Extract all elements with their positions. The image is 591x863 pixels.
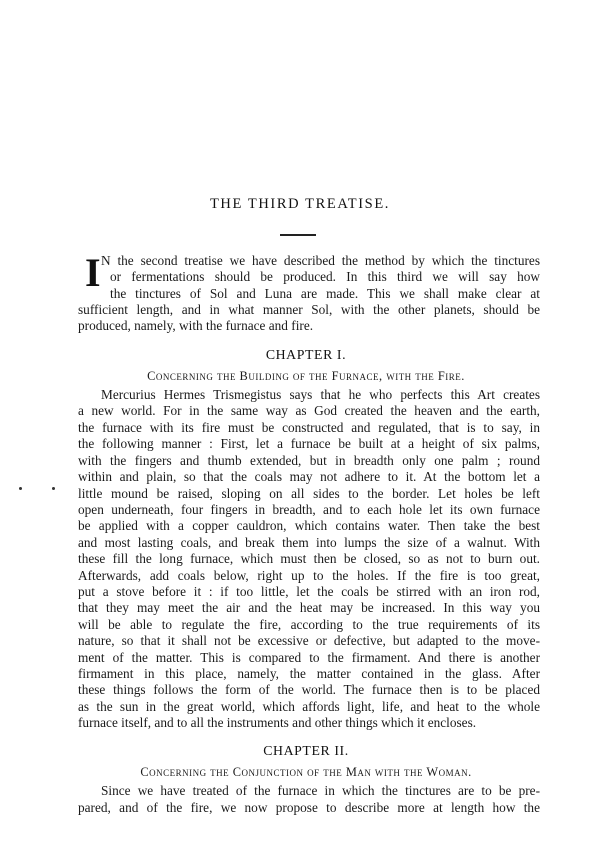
- body-line: these fill the long furnace, which must …: [78, 551, 540, 567]
- title-rule-divider: [280, 234, 316, 236]
- body-line: furnace itself, and to all the instrumen…: [78, 715, 540, 731]
- body-line: as the sun in the great world, which aff…: [78, 699, 540, 715]
- body-line: a new world. For in the same way as God …: [78, 403, 540, 419]
- treatise-title: THE THIRD TREATISE.: [0, 196, 591, 213]
- body-line: firmament in this place, namely, the mat…: [78, 666, 540, 682]
- intro-line: N the second treatise we have described …: [101, 253, 540, 269]
- chapter-2-subheading: Concerning the Conjunction of the Man wi…: [0, 765, 591, 780]
- intro-line: the tinctures of Sol and Luna are made. …: [110, 286, 540, 302]
- body-line: Mercurius Hermes Trismegistus says that …: [101, 387, 540, 403]
- body-line: within and plain, so that the coals may …: [78, 469, 540, 485]
- body-line: the following manner : First, let a furn…: [78, 436, 540, 452]
- intro-line: produced, namely, with the furnace and f…: [78, 318, 540, 334]
- chapter-1-subheading: Concerning the Building of the Furnace, …: [0, 369, 591, 384]
- margin-dot-right: [52, 487, 55, 490]
- document-page: THE THIRD TREATISE. I N the second treat…: [0, 0, 591, 863]
- body-line: and most lasting coals, and break them i…: [78, 535, 540, 551]
- body-line: be applied with a copper cauldron, which…: [78, 518, 540, 534]
- intro-line: sufficient length, and in what manner So…: [78, 302, 540, 318]
- body-line: little mound be raised, sloping on all s…: [78, 486, 540, 502]
- body-line: put a stove before it : if too little, l…: [78, 584, 540, 600]
- body-line: pared, and of the fire, we now propose t…: [78, 800, 540, 816]
- body-line: these things follows the form of the wor…: [78, 682, 540, 698]
- body-line: Since we have treated of the furnace in …: [101, 783, 540, 799]
- body-line: will be able to regulate the fire, accor…: [78, 617, 540, 633]
- body-line: the furnace with its fire must be constr…: [78, 420, 540, 436]
- intro-line: or fermentations should be produced. In …: [110, 269, 540, 285]
- margin-dot-left: [19, 487, 22, 490]
- body-line: open underneath, four fingers in breadth…: [78, 502, 540, 518]
- body-line: ment of the matter. This is compared to …: [78, 650, 540, 666]
- body-line: with the fingers and thumb extended, but…: [78, 453, 540, 469]
- body-line: that they may meet the air and the heat …: [78, 600, 540, 616]
- chapter-1-heading: CHAPTER I.: [0, 347, 591, 363]
- chapter-2-heading: CHAPTER II.: [0, 743, 591, 759]
- drop-cap-letter: I: [85, 253, 101, 293]
- body-line: Afterwards, add coals below, right up to…: [78, 568, 540, 584]
- body-line: nature, so that it shall not be excessiv…: [78, 633, 540, 649]
